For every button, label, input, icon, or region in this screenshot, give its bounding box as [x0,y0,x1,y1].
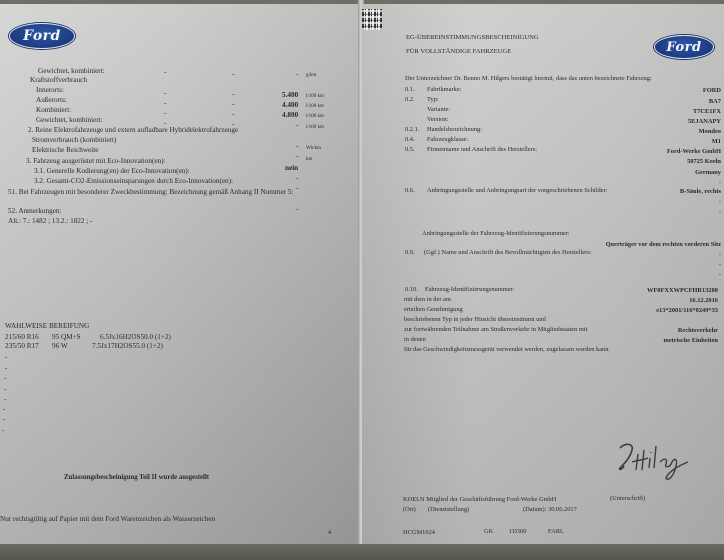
row-unit: Wh/km [306,144,321,153]
traffic-side-value: Rechtsverkehr [678,326,718,335]
ford-logo-right: Ford [654,35,714,59]
field-label: (Ggf.) Name und Anschrift des Bevollmäch… [424,248,592,257]
item-3-1-value: - [296,174,298,183]
document-code: 1D300 [509,527,526,536]
position-label: (Dienststellung) [428,505,469,514]
approval-text: für das Geschwindigkeitsmessgerät verwen… [404,345,610,354]
document-title: EG-ÜBEREINSTIMMUNGSBESCHEINIGUNG [406,33,539,42]
approval-text: zur fortwährenden Teilnahme am Straßenve… [404,325,587,334]
item-3-2-value: - [296,184,298,193]
approval-text: beschriebenen Typ in jeder Hinsicht über… [404,315,546,324]
field-value: FORD [703,86,721,95]
item-52-value: Alt.: 7.: 1482 ; 13.2.: 1822 ; - [8,217,92,226]
signer-position: KOELN Mitglied der Geschäftsführung Ford… [403,495,556,504]
row-value: 4.400 [282,101,298,110]
watermark-note: Nur rechtsgültig auf Papier mit dem Ford… [0,515,215,524]
approval-text: in denen [404,335,426,344]
approval-text: mit dem in der am [404,295,451,304]
row-label: Kombiniert: [36,106,71,115]
dash: - [5,364,7,373]
row-label: Gewichtet, kombiniert: [38,67,105,76]
field-number: 0.1. [405,85,415,94]
datamatrix-code [362,9,382,30]
approval-date: 16.12.2016 [689,296,718,305]
row-label: Elektrische Reichweite [32,146,98,155]
row-unit: l/100 km [306,123,324,132]
row-label: Innerorts: [36,86,64,95]
field-number: 0.10. [405,285,418,294]
field-label: Fahrzeugklasse: [427,135,468,144]
field-label: Version: [427,115,448,124]
ford-logo-left: Ford [9,23,75,49]
vin-location-value: Querträger vor dem rechten vorderen Sitz [606,240,721,249]
units-value: metrische Einheiten [664,336,719,345]
document-code: FARL [548,527,564,536]
row-unit: l/100 km [306,102,324,111]
row-unit: g/km [306,71,316,80]
row-c1: - [164,68,166,77]
row-value: 4.800 [282,111,298,120]
dash: - [3,415,5,424]
row-value: 5.400 [282,91,298,100]
vin-location-label: Anbringungsstelle der Fahrzeug-Identifiz… [422,229,570,238]
row-c2: - [232,70,234,79]
row-unit: km [306,155,312,164]
field-value: M1 [712,137,721,146]
dash: - [5,353,7,362]
row-c1: - [164,109,166,118]
row-value: - [296,70,298,79]
row-value: - [296,121,298,130]
row-unit: l/100 km [306,112,324,121]
item-51-value: - [296,205,298,214]
field-number: 0.5. [405,145,415,154]
signing-date: (Datum): 30.06.2017 [523,505,577,514]
field-label: Typ: [427,95,439,104]
row-value: - [296,152,298,161]
registration-note: Zulassungsbescheinigung Teil II wurde au… [64,473,209,482]
field-value: B-Säule, rechts [680,187,721,196]
section-label: Kraftstoffverbrauch [30,76,87,85]
field-number: 0.4. [405,135,415,144]
vin-value: WF0FXXWPCFHR13200 [647,286,718,295]
document-subtitle: FÜR VOLLSTÄNDIGE FAHRZEUGE [406,47,511,56]
row-c1: - [164,99,166,108]
field-number: 0.6. [405,186,415,195]
dash: - [3,405,5,414]
field-value: 5EJANAPY [688,117,721,126]
dash: - [719,250,721,259]
item-3-1-label: 3.1. Generelle Kodierung(en) der Eco-Inn… [34,167,190,176]
tyre-load: 95 QM+S [52,333,81,342]
signature [612,436,702,486]
address-city: 50725 Koeln [687,157,721,166]
row-c2: - [232,110,234,119]
dash: - [719,207,721,216]
background-bottom [0,544,724,560]
field-value: Ford-Werke GmbH [667,147,721,156]
dash: - [719,178,721,187]
item-3-value: nein [285,164,298,173]
field-value: BA7 [709,97,721,106]
row-c1: - [164,89,166,98]
field-number: 0.2. [405,95,415,104]
dash: - [4,385,6,394]
approval-text: erteilten Genehmigung [404,305,463,314]
tyre-rim: 7.5Jx17H2OS55.0 (1+2) [92,342,163,351]
dash: - [719,197,721,206]
field-label: Handelsbezeichnung: [427,125,482,134]
tyre-rim: 6.5Jx16H2OS50.0 (1+2) [100,333,171,342]
dash: - [719,270,721,279]
document-code: HCGM1024 [403,528,435,537]
field-value: Mondeo [699,127,721,136]
field-value: T7CE1FX [693,107,721,116]
row-label: Außerorts: [36,96,67,105]
row-unit: l/100 km [306,92,324,101]
row-c2: - [232,90,234,99]
item-3-2-label: 3.2. Gesamt-CO2-Emissionseinsparungen du… [34,177,233,186]
row-value: - [296,142,298,151]
approval-number: e13*2001/116*0249*33 [656,306,718,315]
intro-text: Der Unterzeichner Dr. Benno M. Hilgers b… [405,74,652,83]
dash: - [4,374,6,383]
field-number: 0.2.1. [405,125,419,134]
tyre-size: 235/50 R17 [5,342,39,351]
item-3-title: 3. Fahrzeug ausgerüstet mit Eco-Innovati… [26,157,166,166]
item-2-title: 2. Reine Elektrofahrzeuge und extern auf… [28,126,238,135]
tyre-size: 215/60 R16 [5,333,39,342]
row-label: Gewichtet, kombiniert: [36,116,103,125]
row-c2: - [232,100,234,109]
item-52-label: 52. Anmerkungen: [8,207,62,216]
page-number: 4 [328,529,331,538]
place-label: (Ort) [403,505,416,514]
signature-label: (Unterschrift) [610,494,645,503]
dash: - [719,260,721,269]
field-label: Anbringungsstelle und Anbringungsart der… [427,186,607,195]
field-label: Fahrzeug-Identifizierungsnummer: [425,285,514,294]
field-label: Variante: [427,105,450,114]
item-51-label: 51. Bei Fahrzeugen mit besonderer Zweckb… [8,188,293,197]
dash: - [2,426,4,435]
address-country: Germany [695,168,721,177]
field-number: 0.9. [405,248,415,257]
tyre-load: 96 W [52,342,68,351]
tyres-title: WAHLWEISE BEREIFUNG [5,322,89,331]
dash: - [4,395,6,404]
field-label: Fabrikmarke: [427,85,461,94]
row-label: Stromverbrauch (kombiniert) [32,136,116,145]
field-label: Firmenname und Anschrift des Herstellers… [427,145,537,154]
document-code: GK [484,527,493,536]
